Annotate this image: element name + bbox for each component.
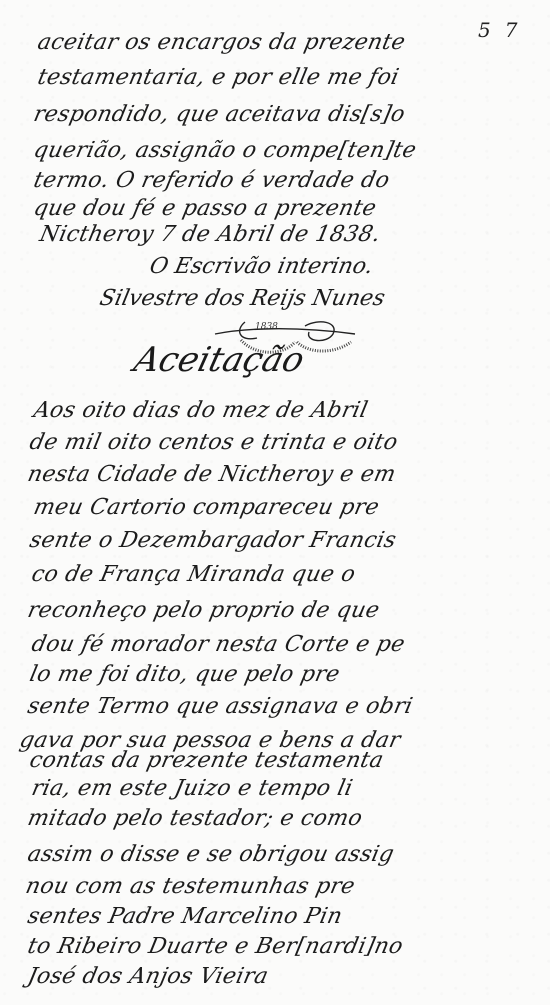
text-line: dou fé morador nesta Corte e pe xyxy=(29,632,407,657)
flourish-year: 1838 xyxy=(255,322,278,332)
text-line: ria, em este Juizo e tempo li xyxy=(29,776,355,801)
text-line: de mil oito centos e trinta e oito xyxy=(27,430,400,455)
text-line: testamentaria, e por elle me foi xyxy=(35,65,401,90)
text-line: Aos oito dias do mez de Abril xyxy=(31,398,370,423)
text-line: que dou fé e passo a prezente xyxy=(31,196,378,221)
text-line: José dos Anjos Vieira xyxy=(25,964,270,989)
text-line-date: Nictheroy 7 de Abril de 1838. xyxy=(37,222,383,247)
signature-name: Silvestre dos Reijs Nunes xyxy=(97,286,387,311)
text-line: meu Cartorio compareceu pre xyxy=(31,495,381,520)
section-heading: Aceitação xyxy=(130,340,308,380)
text-line: mitado pelo testador; e como xyxy=(25,806,364,831)
page-number: 57 xyxy=(478,18,531,42)
text-line: sente Termo que assignava e obri xyxy=(25,694,415,719)
text-line: reconheço pelo proprio de que xyxy=(25,598,382,623)
text-line: co de França Miranda que o xyxy=(29,562,357,587)
text-line: sente o Dezembargador Francis xyxy=(27,528,398,553)
text-line: assim o disse e se obrigou assig xyxy=(25,842,396,867)
text-line: lo me foi dito, que pelo pre xyxy=(27,662,342,687)
text-line: respondido, que aceitava dis[s]o xyxy=(31,102,407,127)
text-line: aceitar os encargos da prezente xyxy=(35,30,407,55)
text-line: querião, assignão o compe[ten]te xyxy=(31,138,418,163)
text-line: sentes Padre Marcelino Pin xyxy=(25,904,344,929)
text-line: nesta Cidade de Nictheroy e em xyxy=(25,462,398,487)
text-line: termo. O referido é verdade do xyxy=(31,168,392,193)
text-line: to Ribeiro Duarte e Ber[nardi]no xyxy=(25,934,405,959)
signature-title: O Escrivão interino. xyxy=(147,254,375,279)
text-line: contas da prezente testamenta xyxy=(27,748,386,773)
text-line: nou com as testemunhas pre xyxy=(23,874,357,899)
manuscript-page: 57 aceitar os encargos da prezente testa… xyxy=(0,0,550,1005)
